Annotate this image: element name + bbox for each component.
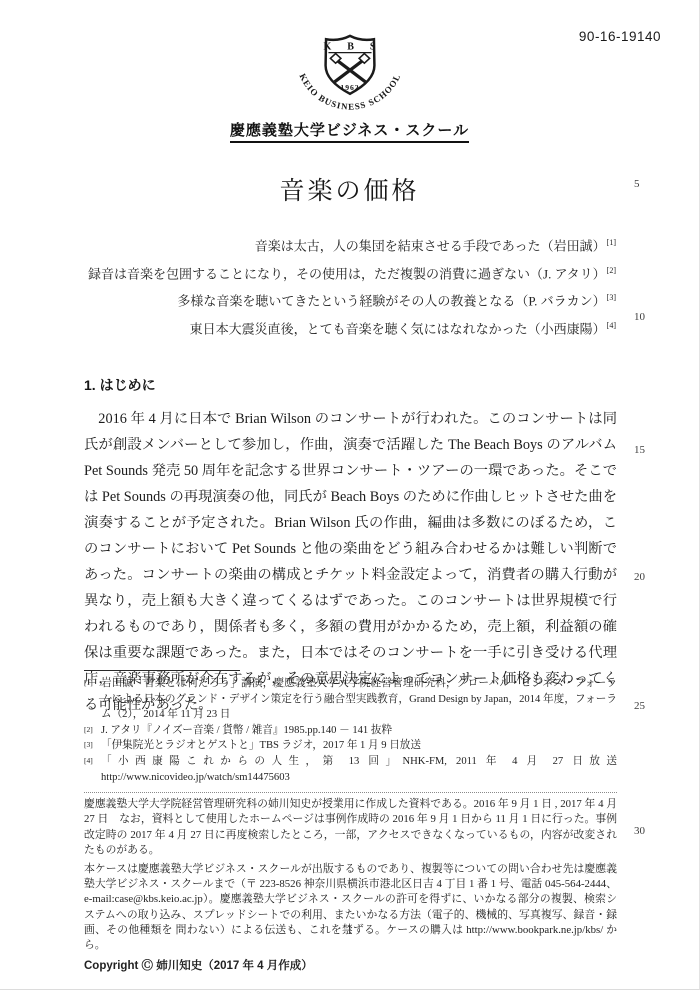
colophon-paragraph-2: 本ケースは慶應義塾大学ビジネス・スクールが出版するものであり、複製等についての問… [84, 862, 617, 953]
kbs-shield-logo-icon: K B S 1962 KEIO BUSINESS SCHOOL [282, 33, 418, 123]
footnote-ref: [3] [607, 293, 616, 302]
line-number: 15 [634, 444, 645, 456]
section-heading: 1. はじめに [84, 375, 156, 395]
line-number-gutter: 5 10 15 20 25 30 [634, 0, 664, 989]
colophon-separator [84, 792, 617, 793]
footnote-text: 「小西康陽これからの人生，第 13 回」NHK-FM, 2011 年 4 月 2… [101, 756, 628, 783]
line-number: 20 [634, 571, 645, 583]
logo-year: 1962 [340, 83, 359, 92]
footnote-marker: [1] [84, 675, 93, 691]
epigraph-line: 録音は音楽を包囲することになり，その使用は，ただ複製の消費に過ぎない（J. アタ… [84, 257, 616, 285]
line-number: 30 [634, 825, 645, 837]
footnote-marker: [2] [84, 722, 93, 738]
footnote-item: [2] J. アタリ『ノイズー音楽 / 貨幣 / 雑音』1985.pp.140 … [84, 723, 617, 739]
footnotes: [1] 岩田誠「音楽とは何だろう」講演，慶應義塾大学大学院経営管理研究科，グロー… [84, 676, 617, 785]
epigraph-line: 音楽は太古，人の集団を結束させる手段であった（岩田誠）[1] [84, 229, 616, 257]
kbs-logo: K B S 1962 KEIO BUSINESS SCHOOL [0, 33, 699, 123]
page-number: 1 [0, 923, 699, 938]
epigraph-text: 音楽は太古，人の集団を結束させる手段であった（岩田誠） [255, 238, 606, 253]
footnote-text: 「伊集院光とラジオとゲストと」TBS ラジオ，2017 年 1 月 9 日放送 [101, 740, 421, 751]
copyright-line: Copyright Ⓒ 姉川知史（2017 年 4 月作成） [84, 957, 617, 973]
line-number: 25 [634, 700, 645, 712]
logo-acronym: K B S [323, 41, 382, 52]
page-title: 音楽の価格 [0, 171, 699, 207]
case-document-page: 90-16-19140 K B S 1962 KEIO BUSINESS SCH… [0, 0, 700, 990]
colophon-paragraph-1: 慶應義塾大学大学院経営管理研究科の姉川知史が授業用に作成した資料である。2016… [84, 797, 617, 858]
footnote-ref: [4] [607, 321, 616, 330]
line-number: 5 [634, 178, 640, 190]
line-number: 10 [634, 311, 645, 323]
footnote-text: J. アタリ『ノイズー音楽 / 貨幣 / 雑音』1985.pp.140 － 14… [101, 725, 392, 736]
footnote-marker: [4] [84, 753, 93, 769]
footnote-item: [3] 「伊集院光とラジオとゲストと」TBS ラジオ，2017 年 1 月 9 … [84, 738, 617, 754]
school-name-header: 慶應義塾大学ビジネス・スクール [0, 119, 699, 140]
footnote-item: [4] 「小西康陽これからの人生，第 13 回」NHK-FM, 2011 年 4… [84, 754, 617, 785]
epigraph-text: 東日本大震災直後，とても音楽を聴く気にはなれなかった（小西康陽） [190, 321, 606, 336]
epigraph-line: 東日本大震災直後，とても音楽を聴く気にはなれなかった（小西康陽）[4] [84, 312, 616, 340]
footnote-ref: [2] [607, 266, 616, 275]
footnote-ref: [1] [607, 238, 616, 247]
epigraph-text: 録音は音楽を包囲することになり，その使用は，ただ複製の消費に過ぎない（J. アタ… [88, 266, 606, 281]
footnote-text: 岩田誠「音楽とは何だろう」講演，慶應義塾大学大学院経営管理研究科，グローバル・ビ… [101, 678, 617, 720]
epigraph-block: 音楽は太古，人の集団を結束させる手段であった（岩田誠）[1] 録音は音楽を包囲す… [84, 229, 616, 339]
footnote-marker: [3] [84, 737, 93, 753]
footnote-separator [84, 670, 240, 671]
footnote-item: [1] 岩田誠「音楽とは何だろう」講演，慶應義塾大学大学院経営管理研究科，グロー… [84, 676, 617, 723]
epigraph-line: 多様な音楽を聴いてきたという経験がその人の教養となる（P. バラカン）[3] [84, 284, 616, 312]
epigraph-text: 多様な音楽を聴いてきたという経験がその人の教養となる（P. バラカン） [177, 293, 605, 308]
